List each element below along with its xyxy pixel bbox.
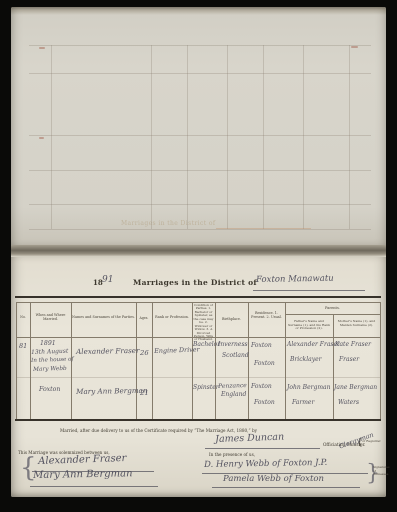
- column-line: [248, 302, 249, 419]
- faint-grid-line: [29, 45, 371, 46]
- groom-name: Alexander Fraser: [76, 346, 140, 356]
- groom-birthplace-1: Inverness: [218, 341, 248, 348]
- faint-grid-line: [29, 204, 371, 205]
- bride-signature-line: [30, 486, 158, 487]
- bride-condition: Spinster: [193, 384, 219, 391]
- header-rank: Rank or Profession.: [153, 315, 191, 319]
- when-year: 1891: [40, 340, 56, 347]
- bride-residence-1: Foxton: [251, 383, 272, 390]
- groom-residence-2: Foxton: [254, 360, 275, 367]
- faint-grid-line: [263, 45, 264, 229]
- bride-birthplace-1: Penzance: [218, 382, 247, 390]
- faint-grid-line: [187, 45, 188, 229]
- faint-grid-line: [51, 45, 52, 229]
- when-date: 13th August: [31, 348, 68, 356]
- district-underline: [253, 290, 365, 291]
- column-line: [285, 302, 286, 419]
- column-line: [152, 302, 153, 419]
- year-handwritten: 91: [102, 275, 113, 285]
- column-line: [333, 315, 334, 419]
- when-place-line2: Mary Webb: [33, 366, 67, 373]
- faint-grid-line: [29, 135, 371, 136]
- district-handwritten: Foxton Manawatu: [256, 274, 334, 285]
- faint-grid-line: [151, 45, 152, 229]
- faint-grid-line: [303, 45, 304, 229]
- certificate-statement: Married, after due delivery to us of the…: [60, 428, 257, 433]
- bride-mother-name: Jane Bergman: [334, 384, 377, 391]
- faint-grid-line: [29, 170, 371, 171]
- bride-name: Mary Ann Bergman: [76, 386, 148, 396]
- header-residence: Residence. 1. Present. 2. Usual.: [249, 311, 284, 319]
- faint-grid-line: [29, 73, 371, 74]
- bleed-through-underline: [216, 228, 311, 229]
- presence-label: In the presence of us,: [209, 452, 255, 457]
- faint-grid-line: [349, 45, 350, 229]
- header-when: When and Where Married.: [31, 313, 70, 321]
- scanned-marriage-register: Marriages in the District of 18 91 Marri…: [0, 0, 397, 512]
- form-title: Marriages in the District of: [133, 278, 257, 287]
- witness-note: Signatures of Witnesses.: [373, 466, 388, 477]
- groom-age: 26: [140, 349, 149, 357]
- groom-condition: Bachelor: [193, 341, 220, 348]
- bleed-through-title: Marriages in the District of: [121, 220, 215, 227]
- header-condition: Condition of Parties. 1. Bachelor or Spi…: [193, 304, 214, 342]
- bride-age: 21: [140, 389, 149, 397]
- header-names: Names and Surnames of the Parties.: [72, 315, 135, 319]
- witness2-signature: Pamela Webb of Foxton: [223, 474, 324, 484]
- top-blank-page: Marriages in the District of: [11, 7, 386, 245]
- red-ink-mark: [39, 47, 45, 49]
- when-place-line3: Foxton: [39, 386, 60, 393]
- header-birthplace: Birthplace.: [216, 317, 247, 321]
- header-father: Father's Name and Surname (1), and his R…: [287, 320, 331, 331]
- bride-father-rank: Farmer: [292, 399, 314, 406]
- bride-residence-2: Foxton: [254, 399, 275, 406]
- header-parents: Parents.: [285, 306, 380, 310]
- bride-mother-maiden: Waters: [338, 399, 359, 406]
- table-bottom-rule: [15, 419, 381, 421]
- groom-residence-1: Foxton: [251, 342, 272, 349]
- bride-birthplace-2: England: [221, 391, 246, 398]
- groom-father-rank: Bricklayer: [290, 356, 322, 363]
- header-no: No.: [16, 316, 30, 320]
- faint-grid-line: [29, 229, 371, 230]
- groom-mother-name: Kate Fraser: [335, 341, 371, 348]
- groom-father-name: Alexander Fraser: [287, 341, 340, 348]
- witness2-signature-line: [212, 487, 360, 488]
- bride-father-name: John Bergman: [287, 384, 330, 391]
- book-gutter-shadow: [11, 245, 386, 257]
- photo-of-register-book: Marriages in the District of: [11, 7, 386, 497]
- header-ages: Ages.: [136, 317, 152, 321]
- column-line: [380, 302, 381, 419]
- groom-mother-maiden: Fraser: [339, 356, 359, 363]
- minister-signature-line: [205, 448, 320, 449]
- red-ink-mark: [351, 46, 358, 48]
- faint-grid-line: [227, 45, 228, 229]
- title-rule: [15, 296, 381, 298]
- entry-number: 81: [19, 342, 27, 350]
- header-mother: Mother's Name (1), and Maiden Surname (2…: [335, 320, 378, 327]
- bride-signature: Mary Ann Bergman: [33, 468, 133, 481]
- groom-birthplace-2: Scotland: [222, 352, 249, 359]
- red-ink-mark: [39, 137, 44, 139]
